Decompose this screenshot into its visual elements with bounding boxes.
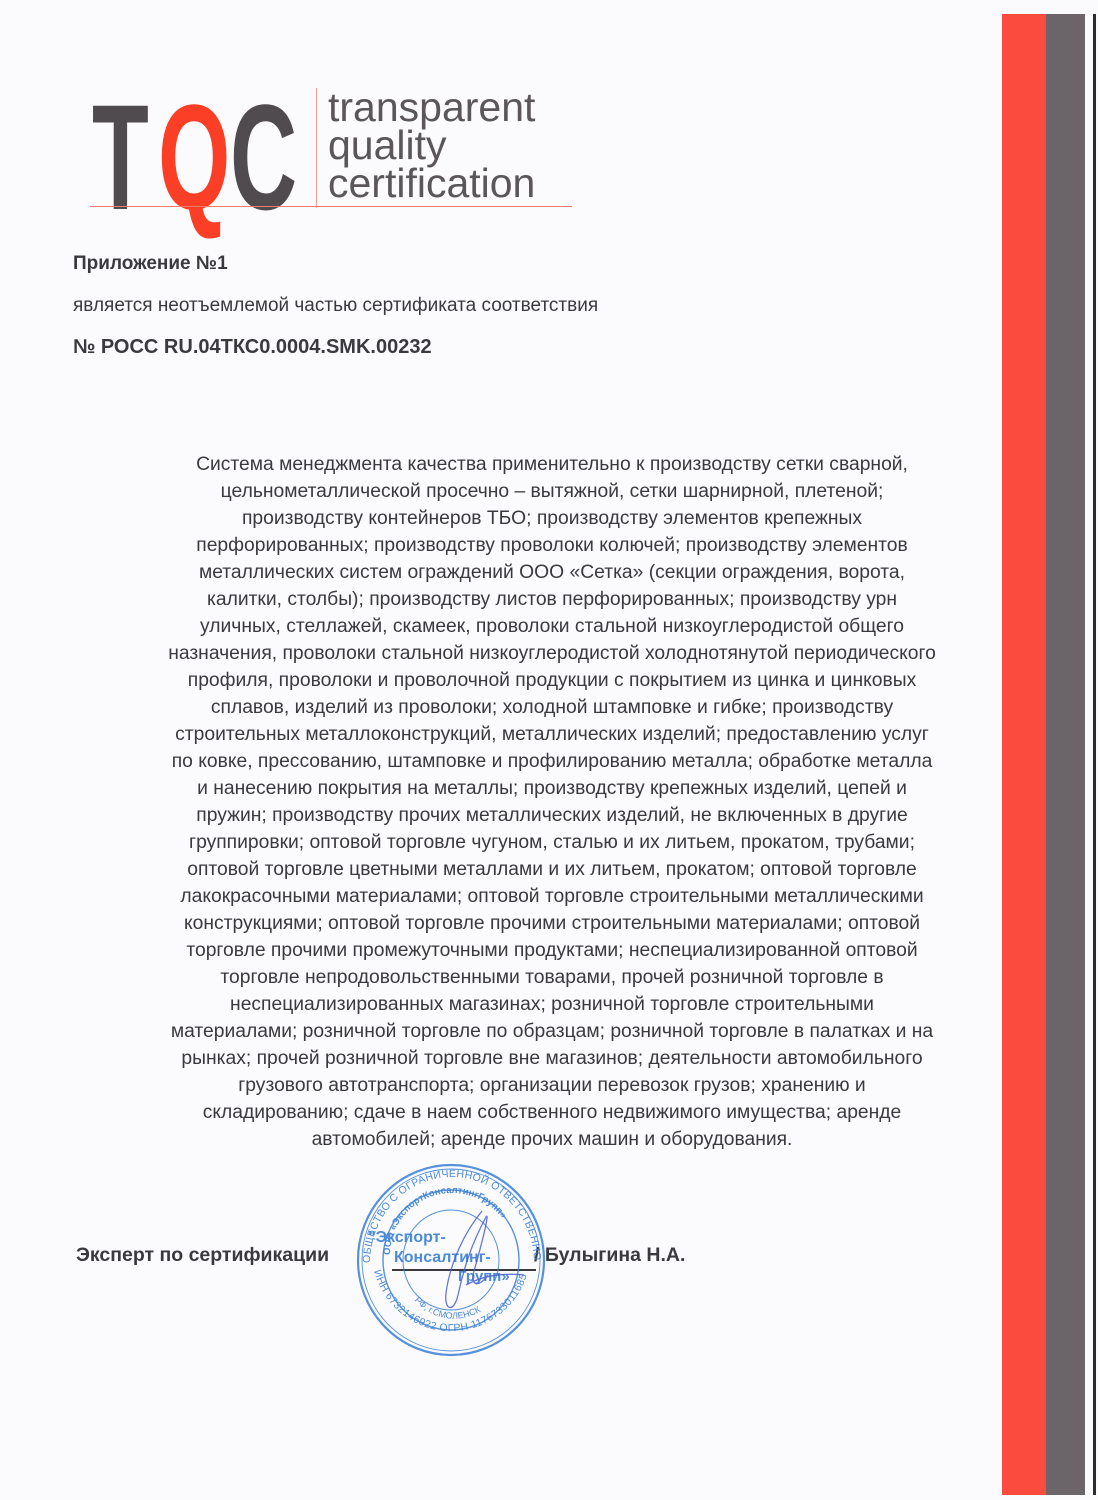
scope-line: неспециализированных магазинах; рознично… bbox=[108, 991, 996, 1018]
scope-line: металлических систем ограждений ООО «Сет… bbox=[108, 559, 996, 586]
scope-line: автомобилей; аренде прочих машин и обору… bbox=[108, 1126, 996, 1153]
signer-role: Эксперт по сертификации bbox=[76, 1244, 329, 1267]
certificate-annex-page: T Q C transparent quality certification … bbox=[0, 0, 1098, 1500]
logo-letter-c: C bbox=[230, 82, 295, 232]
logo-underline bbox=[90, 206, 572, 207]
scope-line: лакокрасочными материалами; оптовой торг… bbox=[108, 883, 996, 910]
scope-line: строительных металлоконструкций, металли… bbox=[108, 721, 996, 748]
scope-line: профиля, проволоки и проволочной продукц… bbox=[108, 667, 996, 694]
logo-letter-q: Q bbox=[158, 82, 228, 232]
scope-line: сплавов, изделий из проволоки; холодной … bbox=[108, 694, 996, 721]
stamp-center-line-3: Групп» bbox=[458, 1268, 510, 1285]
scope-line: производству контейнеров ТБО; производст… bbox=[108, 505, 996, 532]
scope-line: материалами; розничной торговле по образ… bbox=[108, 1018, 996, 1045]
scope-line: торговле прочими промежуточными продукта… bbox=[108, 937, 996, 964]
red-side-stripe bbox=[1002, 14, 1046, 1495]
scope-line: складированию; сдаче в наем собственного… bbox=[108, 1099, 996, 1126]
scope-line: по ковке, прессованию, штамповке и профи… bbox=[108, 748, 996, 775]
scope-line: торговле непродовольственными товарами, … bbox=[108, 964, 996, 991]
certificate-number: № РОСС RU.04ТКС0.0004.SMK.00232 bbox=[73, 336, 432, 359]
logo-word-transparent: transparent bbox=[328, 88, 535, 126]
scope-line: и нанесению покрытия на металлы; произво… bbox=[108, 775, 996, 802]
scope-line: Система менеджмента качества применитель… bbox=[108, 451, 996, 478]
scope-line: калитки, столбы); производству листов пе… bbox=[108, 586, 996, 613]
page-edge-shadow bbox=[1093, 14, 1096, 1495]
scope-line: оптовой торговле цветными металлами и их… bbox=[108, 856, 996, 883]
scope-line: уличных, стеллажей, скамеек, проволоки с… bbox=[108, 613, 996, 640]
logo-divider-vertical bbox=[316, 88, 317, 208]
logo-word-quality: quality bbox=[328, 126, 535, 164]
annex-title: Приложение №1 bbox=[73, 253, 228, 275]
annex-subtitle: является неотъемлемой частью сертификата… bbox=[73, 295, 598, 317]
certification-scope: Система менеджмента качества применитель… bbox=[108, 451, 996, 1153]
logo-word-certification: certification bbox=[328, 164, 535, 202]
company-stamp-icon: ОБЩЕСТВО С ОГРАНИЧЕННОЙ ОТВЕТСТВЕННОСТЬЮ… bbox=[354, 1163, 548, 1357]
scope-line: перфорированных; производству проволоки … bbox=[108, 532, 996, 559]
logo-wordmark: transparent quality certification bbox=[328, 88, 535, 202]
scope-line: грузового автотранспорта; организации пе… bbox=[108, 1072, 996, 1099]
scope-line: группировки; оптовой торговле чугуном, с… bbox=[108, 829, 996, 856]
scope-line: назначения, проволоки стальной низкоугле… bbox=[108, 640, 996, 667]
scope-line: конструкциями; оптовой торговле прочими … bbox=[108, 910, 996, 937]
logo-letter-t: T bbox=[92, 82, 146, 232]
gray-side-stripe bbox=[1046, 14, 1085, 1495]
stamp-center-line-1: "Экспорт- bbox=[368, 1229, 446, 1246]
scope-line: цельнометаллической просечно – вытяжной,… bbox=[108, 478, 996, 505]
tqc-logo: T Q C transparent quality certification bbox=[88, 82, 578, 222]
scope-line: рынках; прочей розничной торговле вне ма… bbox=[108, 1045, 996, 1072]
scope-line: пружин; производству прочих металлически… bbox=[108, 802, 996, 829]
signer-name: / Булыгина Н.А. bbox=[534, 1244, 685, 1267]
